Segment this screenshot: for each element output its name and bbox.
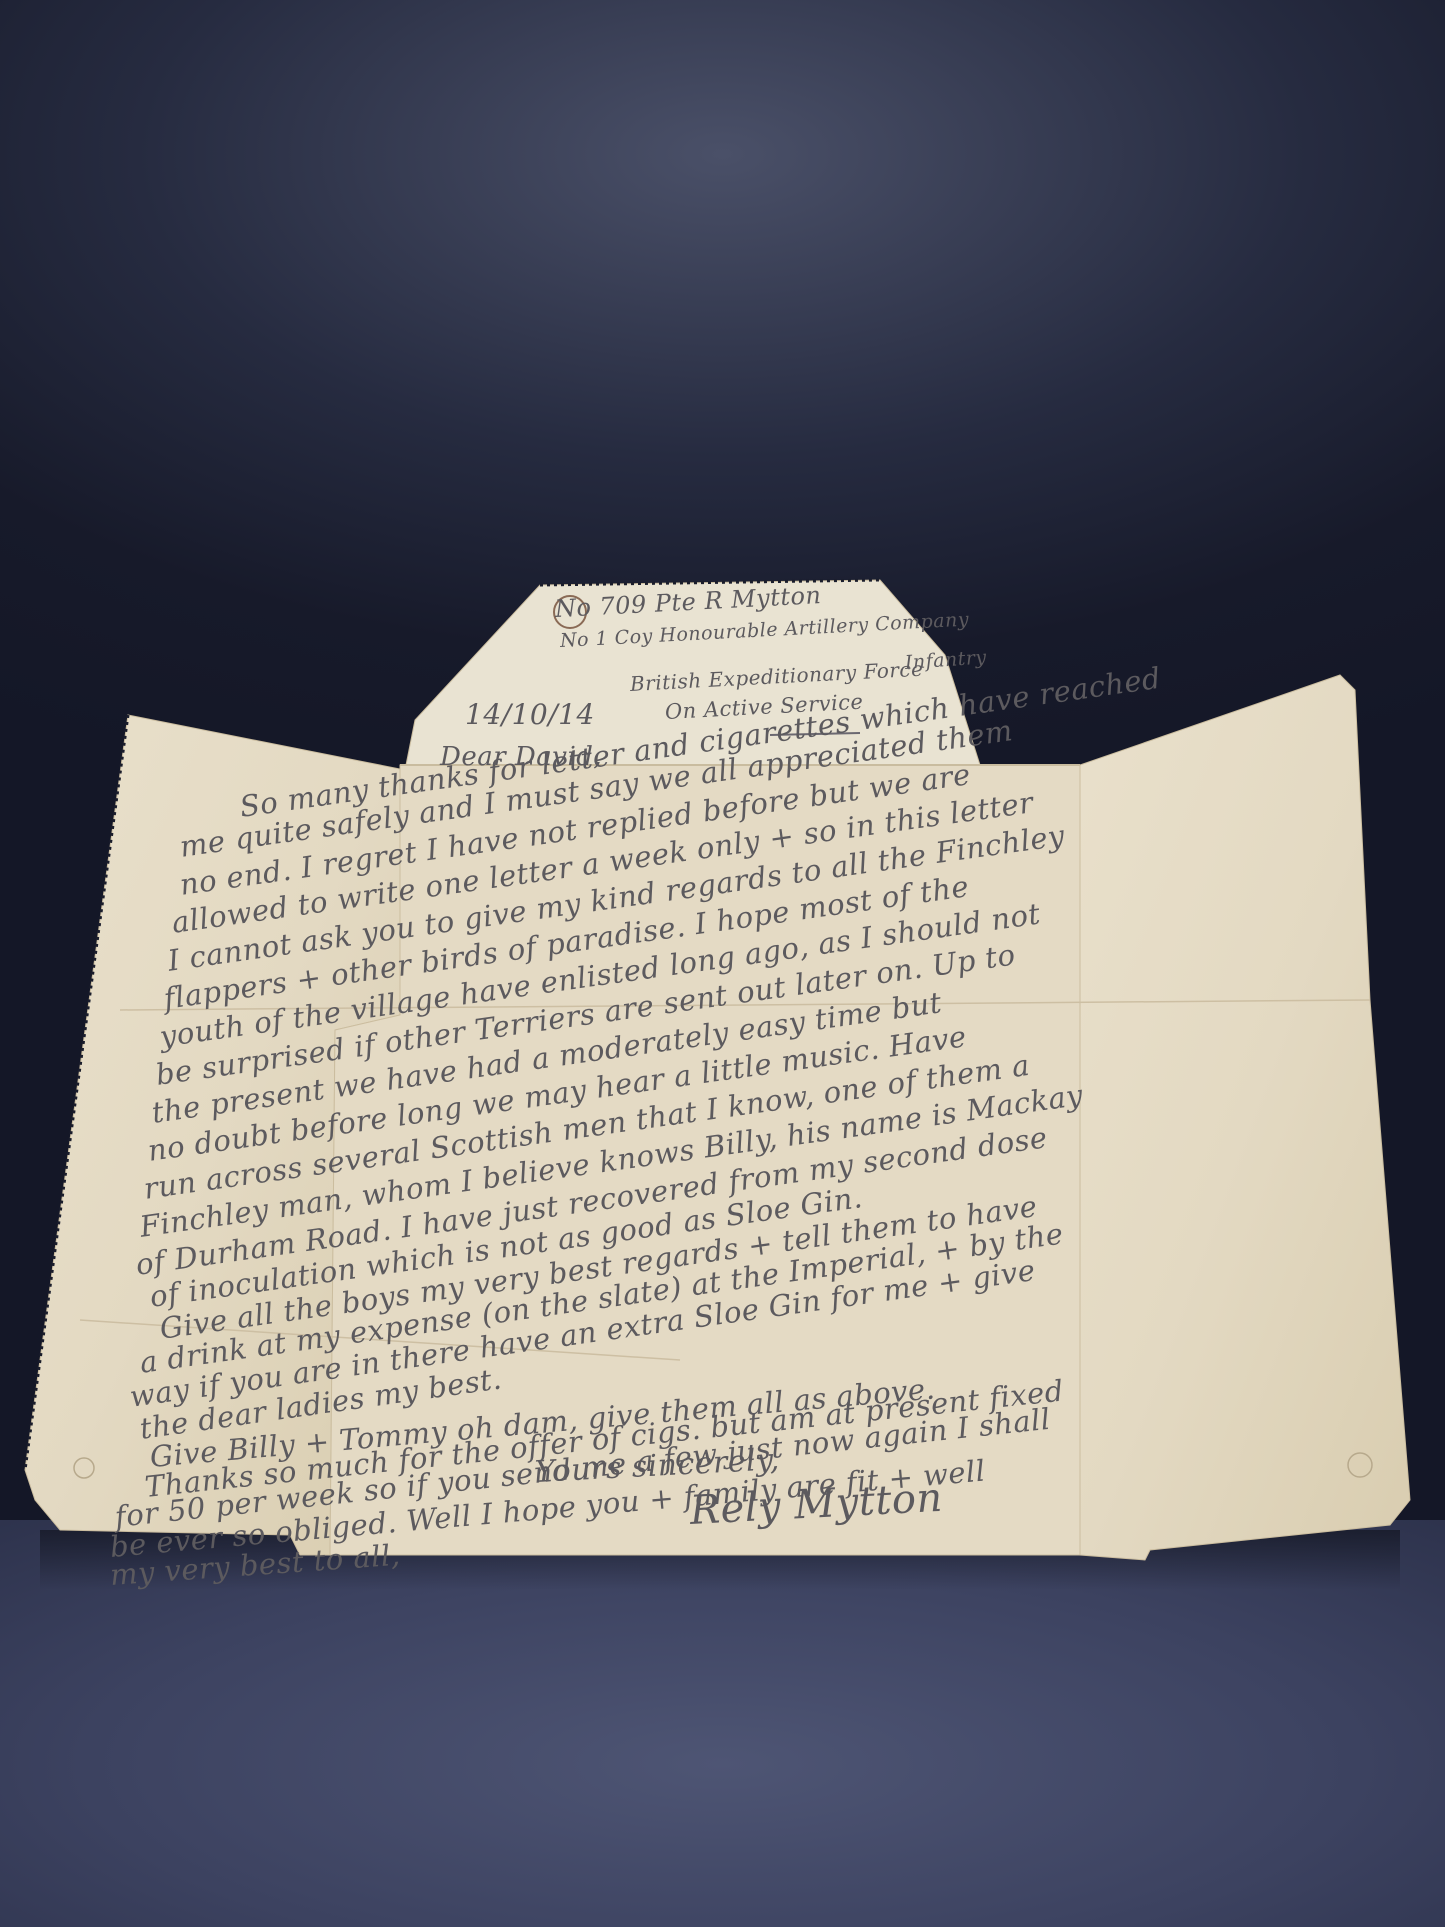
right-flap xyxy=(1080,675,1410,1560)
letter-date: 14/10/14 xyxy=(465,698,595,731)
